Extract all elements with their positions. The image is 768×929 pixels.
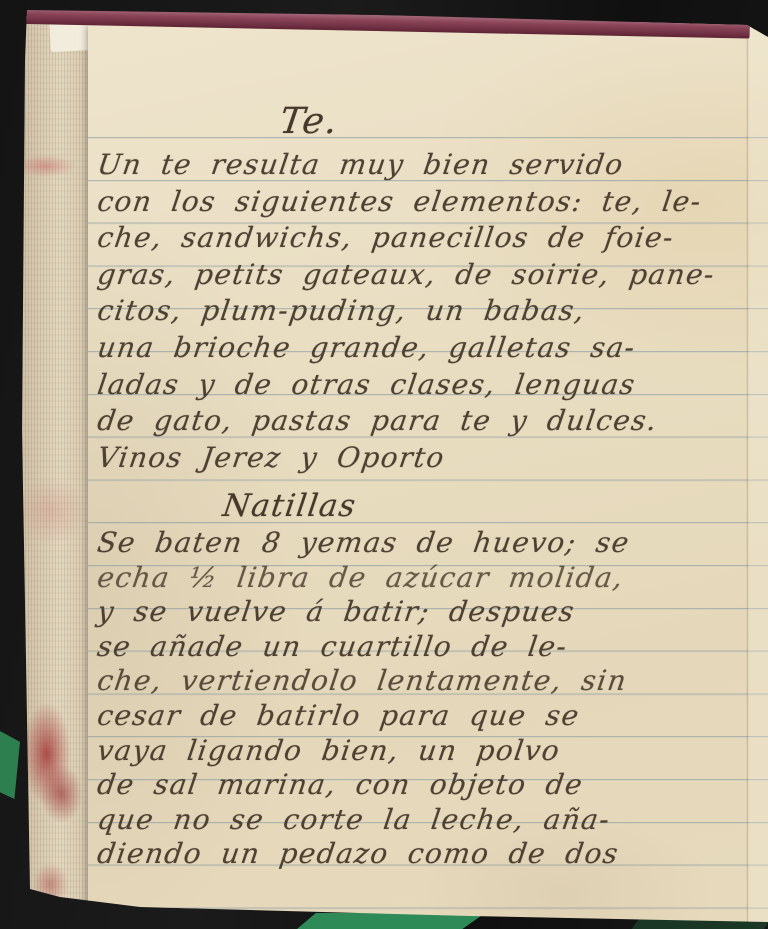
- handwriting-line: de sal marina, con objeto de: [95, 768, 760, 803]
- handwriting-line: che, sandwichs, panecillos de foie-: [95, 220, 760, 257]
- handwriting-line: se añade un cuartillo de le-: [95, 630, 760, 665]
- notebook-page: Te. Un te resulta muy bien servidocon lo…: [88, 22, 768, 922]
- handwriting-line: gras, petits gateaux, de soirie, pane-: [95, 257, 760, 294]
- handwriting-line: Vinos Jerez y Oporto: [95, 440, 760, 477]
- handwriting-line: vaya ligando bien, un polvo: [95, 734, 760, 769]
- handwriting-line: una brioche grande, galletas sa-: [95, 330, 760, 367]
- handwriting-line: y se vuelve á batir; despues: [95, 595, 760, 630]
- handwritten-paragraph-te: Un te resulta muy bien servidocon los si…: [95, 147, 755, 476]
- red-marbled-edge: [22, 16, 90, 906]
- photo-of-notebook: Te. Un te resulta muy bien servidocon lo…: [0, 0, 768, 929]
- handwriting-line: citos, plum-puding, un babas,: [95, 293, 760, 330]
- handwriting-line: que no se corte la leche, aña-: [95, 803, 760, 838]
- section-title-natillas: Natillas: [220, 488, 358, 524]
- green-surface-left-patch: [0, 731, 20, 799]
- handwriting-line: Un te resulta muy bien servido: [95, 147, 760, 184]
- handwriting-line: con los siguientes elementos: te, le-: [95, 184, 760, 221]
- handwriting-line: ladas y de otras clases, lenguas: [95, 367, 760, 404]
- handwriting-line: diendo un pedazo como de dos: [95, 837, 760, 872]
- handwriting-line: che, vertiendolo lentamente, sin: [95, 664, 760, 699]
- page-stack-fore-edge: [22, 16, 90, 906]
- handwriting-line: cesar de batirlo para que se: [95, 699, 760, 734]
- notebook: Te. Un te resulta muy bien servidocon lo…: [0, 0, 768, 929]
- handwriting-line: Se baten 8 yemas de huevo; se: [95, 526, 760, 561]
- handwriting-line: echa ½ libra de azúcar molida,: [95, 561, 760, 596]
- handwriting-line: de gato, pastas para te y dulces.: [95, 403, 760, 440]
- handwritten-paragraph-natillas: Se baten 8 yemas de huevo; seecha ½ libr…: [95, 526, 755, 872]
- section-title-te: Te.: [277, 101, 341, 142]
